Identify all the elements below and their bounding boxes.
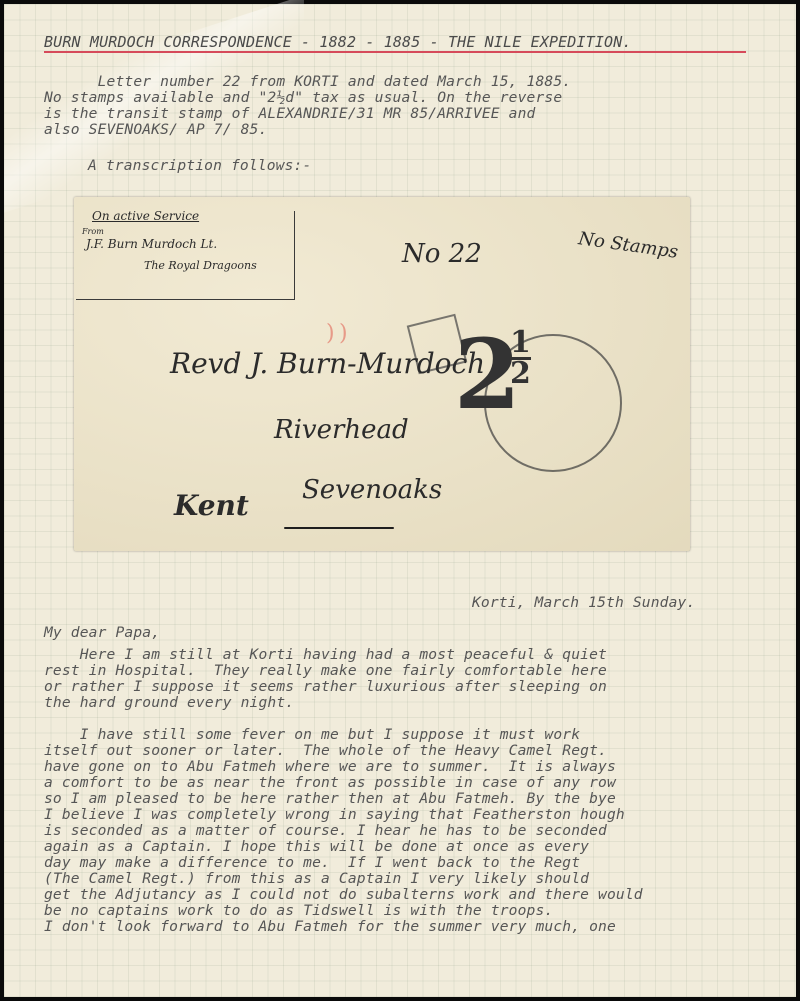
address-line-1: Riverhead — [274, 415, 409, 445]
letter-body: Here I am still at Korti having had a mo… — [44, 647, 643, 935]
intro-paragraph: Letter number 22 from KORTI and dated Ma… — [44, 74, 571, 138]
address-line-2: Sevenoaks — [302, 475, 442, 505]
sender-from: From — [82, 227, 104, 236]
letter-number: No 22 — [402, 239, 482, 269]
page-title: BURN MURDOCH CORRESPONDENCE - 1882 - 188… — [44, 34, 632, 50]
album-page: BURN MURDOCH CORRESPONDENCE - 1882 - 188… — [4, 4, 796, 997]
title-underline — [44, 51, 746, 53]
transcription-note: A transcription follows:- — [88, 158, 311, 174]
address-underline — [284, 527, 394, 529]
sender-box — [76, 211, 295, 300]
address-county: Kent — [174, 489, 249, 522]
red-postmark: ) ) — [326, 321, 348, 346]
on-active-service: On active Service — [92, 209, 199, 223]
sender-regiment: The Royal Dragoons — [144, 259, 257, 272]
addressee: Revd J. Burn-Murdoch — [170, 347, 485, 380]
letter-dateline: Korti, March 15th Sunday. — [472, 595, 695, 611]
envelope-cover: On active Service From J.F. Burn Murdoch… — [74, 197, 690, 551]
letter-salutation: My dear Papa, — [44, 625, 160, 641]
sender-name: J.F. Burn Murdoch Lt. — [86, 237, 217, 251]
